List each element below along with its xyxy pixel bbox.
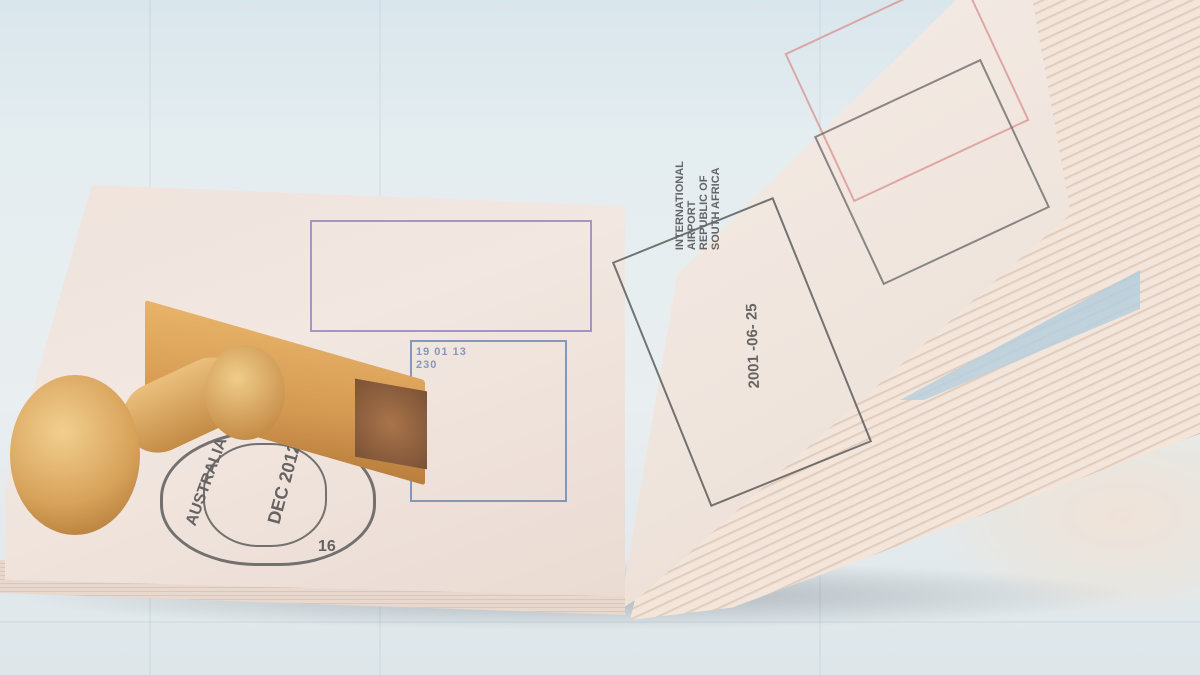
blue-entry-stamp: 19 01 13 230 bbox=[410, 340, 567, 502]
blue-stamp-date: 19 01 13 bbox=[416, 346, 561, 359]
stamp-handle-knob bbox=[10, 375, 140, 535]
south-africa-stamp-date: 2001 -06- 25 bbox=[743, 303, 763, 389]
stamp-number: 16 bbox=[318, 538, 336, 556]
south-africa-stamp-text: INTERNATIONAL AIRPORT REPUBLIC OF SOUTH … bbox=[674, 160, 722, 250]
purple-visa-stamp bbox=[310, 220, 592, 332]
blue-stamp-code: 230 bbox=[416, 359, 561, 372]
stamp-block-end-grain bbox=[355, 379, 427, 470]
stamp-handle-collar bbox=[205, 345, 285, 440]
